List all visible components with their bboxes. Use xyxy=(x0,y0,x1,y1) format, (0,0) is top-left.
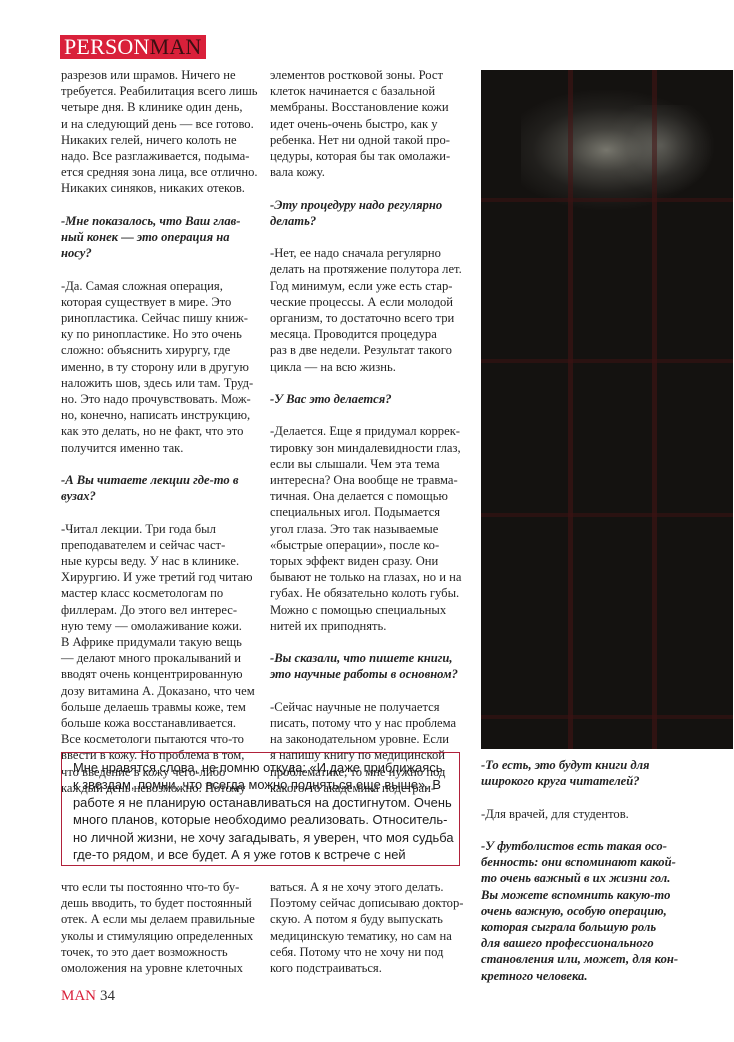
body-text-line: специальных игол. Подымается xyxy=(270,504,470,520)
body-text-line: ринопластика. Сейчас пишу книж- xyxy=(61,310,261,326)
body-text-line: ческие процессы. А если молодой xyxy=(270,294,470,310)
body-text-line: элементов ростковой зоны. Рост xyxy=(270,67,470,83)
interview-question-line: делать? xyxy=(270,213,470,229)
body-text-line: отек. А если мы делаем правильные xyxy=(61,911,261,927)
body-text-line: тировку зон миндалевидности глаз, xyxy=(270,440,470,456)
body-text-line: раз в две недели. Результат такого xyxy=(270,342,470,358)
body-text-line: скую. А потом я буду выпускать xyxy=(270,911,470,927)
page-number: 34 xyxy=(100,988,115,1004)
body-text-line: организм, то достаточно всего три xyxy=(270,310,470,326)
body-text-line: точек, то это дает возможность xyxy=(61,944,261,960)
pull-quote-line: много планов, которые необходимо реализо… xyxy=(73,811,459,828)
body-text-line: филлерам. До этого вел интерес- xyxy=(61,602,261,618)
interview-question-line: -Эту процедуру надо регулярно xyxy=(270,197,470,213)
body-text-line: месяца. Проводится процедура xyxy=(270,326,470,342)
paragraph-gap xyxy=(481,822,731,838)
article-photo xyxy=(481,70,733,749)
body-text-line: -Да. Самая сложная операция, xyxy=(61,278,261,294)
body-text-line: получится именно так. xyxy=(61,440,261,456)
interview-question-line: -У Вас это делается? xyxy=(270,391,470,407)
body-text-line: -Нет, ее надо сначала регулярно xyxy=(270,245,470,261)
text-column-4: что если ты постоянно что-то бу-дешь вво… xyxy=(61,879,261,976)
pull-quote-line: к звездам, помни, что всегда можно подня… xyxy=(73,776,459,793)
body-text-line: идет очень-очень быстро, как у xyxy=(270,116,470,132)
body-text-line: «быстрые операции», после ко- xyxy=(270,537,470,553)
interview-question-line: широкого круга читателей? xyxy=(481,773,731,789)
photo-window-frame-h1 xyxy=(481,198,733,202)
interview-question-line: Вы можете вспомнить какую-то xyxy=(481,887,731,903)
body-text-line: вводят очень концентрированную xyxy=(61,666,261,682)
interview-question-line: ный конек — это операция на xyxy=(61,229,261,245)
interview-question-line: то очень важный в их жизни гол. xyxy=(481,870,731,886)
body-text-line: Можно с помощью специальных xyxy=(270,602,470,618)
body-text-line: нитей их приподнять. xyxy=(270,618,470,634)
body-text-line: надо. Все разглаживается, подыма- xyxy=(61,148,261,164)
body-text-line: себя. Потому что не хочу ни под xyxy=(270,944,470,960)
text-column-3: -То есть, это будут книги дляширокого кр… xyxy=(481,757,731,984)
body-text-line: сложно: объяснить хирургу, где xyxy=(61,342,261,358)
body-text-line: делать на протяжение полутора лет. xyxy=(270,261,470,277)
body-text-line: но. Это надо прочувствовать. Мож- xyxy=(61,391,261,407)
body-text-line: Хирургию. И уже третий год читаю xyxy=(61,569,261,585)
body-text-line: клеток начинается с базальной xyxy=(270,83,470,99)
body-text-line: преподавателем и сейчас част- xyxy=(61,537,261,553)
body-text-line: В Африке придумали такую вещь xyxy=(61,634,261,650)
photo-window-frame-v1 xyxy=(568,70,573,749)
body-text-line: Никаких гелей, ничего колоть не xyxy=(61,132,261,148)
photo-window-frame-h4 xyxy=(481,715,733,719)
paragraph-gap xyxy=(270,407,470,423)
paragraph-gap xyxy=(270,229,470,245)
body-text-line: Все косметологи пытаются что-то xyxy=(61,731,261,747)
body-text-line: четыре дня. В клинике один день, xyxy=(61,99,261,115)
photo-window-frame-h2 xyxy=(481,359,733,363)
interview-question-line: которая сыграла большую роль xyxy=(481,919,731,935)
body-text-line: губах. Не обязательно колоть губы. xyxy=(270,585,470,601)
body-text-line: именно, в ту сторону или в другую xyxy=(61,359,261,375)
section-header-man: MAN xyxy=(150,35,202,59)
body-text-line: Никаких синяков, никаких отеков. xyxy=(61,180,261,196)
interview-question-line: -То есть, это будут книги для xyxy=(481,757,731,773)
body-text-line: дозу витамина А. Доказано, что чем xyxy=(61,683,261,699)
text-column-5: ваться. А я не хочу этого делать.Поэтому… xyxy=(270,879,470,976)
paragraph-gap xyxy=(481,789,731,805)
body-text-line: ные курсы веду. У нас в клинике. xyxy=(61,553,261,569)
interview-question-line: -У футболистов есть такая осо- xyxy=(481,838,731,854)
body-text-line: Поэтому сейчас дописываю доктор- xyxy=(270,895,470,911)
interview-question-line: становления или, может, для кон- xyxy=(481,951,731,967)
body-text-line: тичная. Она делается с помощью xyxy=(270,488,470,504)
interview-question-line: носу? xyxy=(61,245,261,261)
interview-question-line: кретного человека. xyxy=(481,968,731,984)
paragraph-gap xyxy=(270,180,470,196)
photo-window-frame-h3 xyxy=(481,513,733,517)
paragraph-gap xyxy=(270,634,470,650)
body-text-line: угол глаза. Это так называемые xyxy=(270,521,470,537)
body-text-line: если вы слышали. Чем эта тема xyxy=(270,456,470,472)
text-column-2: элементов ростковой зоны. Ростклеток нач… xyxy=(270,67,470,796)
paragraph-gap xyxy=(270,375,470,391)
body-text-line: — делают много прокалываний и xyxy=(61,650,261,666)
body-text-line: как это делать, но не факт, что это xyxy=(61,423,261,439)
pull-quote-line: Мне нравятся слова, не помню откуда: «И … xyxy=(73,759,459,776)
interview-question-line: для вашего профессионального xyxy=(481,935,731,951)
body-text-line: ную тему — омолаживание кожи. xyxy=(61,618,261,634)
pull-quote-line: работе я не планирую останавливаться на … xyxy=(73,794,459,811)
interview-question-line: -Вы сказали, что пишете книги, xyxy=(270,650,470,666)
paragraph-gap xyxy=(61,504,261,520)
body-text-line: вала кожу. xyxy=(270,164,470,180)
body-text-line: но, конечно, написать инструкцию, xyxy=(61,407,261,423)
pull-quote-line: где-то рядом, и все будет. А я уже готов… xyxy=(73,846,459,863)
body-text-line: что если ты постоянно что-то бу- xyxy=(61,879,261,895)
body-text-line: требуется. Реабилитация всего лишь xyxy=(61,83,261,99)
body-text-line: и на следующий день — все готово. xyxy=(61,116,261,132)
paragraph-gap xyxy=(270,683,470,699)
body-text-line: цедуры, которая бы так омолажи- xyxy=(270,148,470,164)
body-text-line: -Читал лекции. Три года был xyxy=(61,521,261,537)
body-text-line: омоложения на уровне клеточных xyxy=(61,960,261,976)
photo-light-blur-right xyxy=(606,105,716,195)
body-text-line: на законодательном уровне. Если xyxy=(270,731,470,747)
body-text-line: наложить шов, здесь или там. Труд- xyxy=(61,375,261,391)
body-text-line: мембраны. Восстановление кожи xyxy=(270,99,470,115)
body-text-line: интересна? Она вообще не травма- xyxy=(270,472,470,488)
body-text-line: уколы и стимуляцию определенных xyxy=(61,928,261,944)
interview-question-line: очень важную, особую операцию, xyxy=(481,903,731,919)
body-text-line: -Делается. Еще я придумал коррек- xyxy=(270,423,470,439)
body-text-line: писать, потому что у нас проблема xyxy=(270,715,470,731)
interview-question-line: это научные работы в основном? xyxy=(270,666,470,682)
body-text-line: кого подстраиваться. xyxy=(270,960,470,976)
body-text-line: -Для врачей, для студентов. xyxy=(481,806,731,822)
interview-question-line: -Мне показалось, что Ваш глав- xyxy=(61,213,261,229)
body-text-line: которая существует в мире. Это xyxy=(61,294,261,310)
paragraph-gap xyxy=(61,197,261,213)
interview-question-line: бенность: они вспоминают какой- xyxy=(481,854,731,870)
section-header-person: PERSON xyxy=(64,35,150,59)
photo-window-frame-v2 xyxy=(652,70,657,749)
text-column-1: разрезов или шрамов. Ничего нетребуется.… xyxy=(61,67,261,796)
body-text-line: цикла — на всю жизнь. xyxy=(270,359,470,375)
interview-question-line: вузах? xyxy=(61,488,261,504)
body-text-line: ку по ринопластике. Но это очень xyxy=(61,326,261,342)
footer-brand: MAN xyxy=(61,988,96,1004)
page-footer: MAN34 xyxy=(61,988,115,1005)
pull-quote-box: Мне нравятся слова, не помню откуда: «И … xyxy=(61,752,460,866)
body-text-line: -Сейчас научные не получается xyxy=(270,699,470,715)
section-header-bar: PERSONMAN xyxy=(60,35,206,59)
body-text-line: бывают не только на глазах, но и на xyxy=(270,569,470,585)
interview-question-line: -А Вы читаете лекции где-то в xyxy=(61,472,261,488)
body-text-line: ребенка. Нет ни одной такой про- xyxy=(270,132,470,148)
body-text-line: медицинскую тематику, но сам на xyxy=(270,928,470,944)
body-text-line: разрезов или шрамов. Ничего не xyxy=(61,67,261,83)
body-text-line: дешь вводить, то будет постоянный xyxy=(61,895,261,911)
body-text-line: больше кожа восстанавливается. xyxy=(61,715,261,731)
paragraph-gap xyxy=(61,456,261,472)
pull-quote-line: но личной жизни, не хочу загадывать, я у… xyxy=(73,829,459,846)
paragraph-gap xyxy=(61,261,261,277)
body-text-line: ваться. А я не хочу этого делать. xyxy=(270,879,470,895)
body-text-line: ется средняя зона лица, все отлично. xyxy=(61,164,261,180)
body-text-line: Год минимум, если уже есть стар- xyxy=(270,278,470,294)
body-text-line: торых эффект виден сразу. Они xyxy=(270,553,470,569)
body-text-line: больше делаешь травмы коже, тем xyxy=(61,699,261,715)
body-text-line: мастер класс косметологам по xyxy=(61,585,261,601)
